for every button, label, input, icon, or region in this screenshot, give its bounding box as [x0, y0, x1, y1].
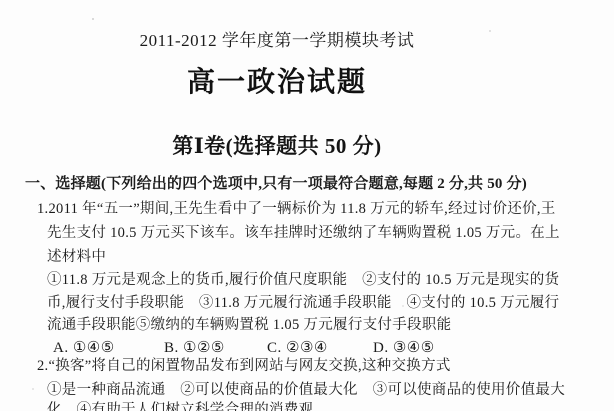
- question-1-line-1: 1.2011 年“五一”期间,王先生看中了一辆标价为 11.8 万元的轿车,经过…: [37, 202, 556, 217]
- question-1-line-2: 先生支付 10.5 万元买下该车。该车挂牌时还缴纳了车辆购置税 1.05 万元。…: [47, 226, 560, 241]
- question-1-statement-3: 流通手段职能⑤缴纳的车辆购置税 1.05 万元履行支付手段职能: [47, 318, 451, 333]
- option-b: B. ①②⑤: [164, 338, 225, 357]
- scan-speckle: [92, 18, 94, 20]
- exam-session-line: 2011-2012 学年度第一学期模块考试: [0, 32, 554, 49]
- option-c: C. ②③④: [267, 338, 328, 357]
- option-d: D. ③④⑤: [373, 338, 435, 357]
- question-2-line-1: 2.“换客”将自己的闲置物品发布到网站与网友交换,这种交换方式: [37, 359, 451, 374]
- section-heading: 第Ⅰ卷(选择题共 50 分): [0, 136, 554, 157]
- question-1-statement-1: ①11.8 万元是观念上的货币,履行价值尺度职能 ②支付的 10.5 万元是现实…: [47, 273, 559, 288]
- exam-paper-page: 2011-2012 学年度第一学期模块考试 高一政治试题 第Ⅰ卷(选择题共 50…: [0, 0, 614, 411]
- exam-title: 高一政治试题: [0, 69, 554, 97]
- question-2-statement-1: ①是一种商品流通 ②可以使商品的价值最大化 ③可以使商品的使用价值最大: [47, 383, 565, 398]
- section-instructions: 一、选择题(下列给出的四个选项中,只有一项最符合题意,每题 2 分,共 50 分…: [25, 177, 527, 192]
- question-2-statement-2-clipped: 化 ④有助于人们树立科学合理的消费观: [47, 403, 313, 411]
- question-1-statement-2: 币,履行支付手段职能 ③11.8 万元履行流通手段职能 ④支付的 10.5 万元…: [47, 296, 559, 311]
- question-1-line-3: 述材料中: [47, 250, 106, 265]
- question-1-options-row: A. ①④⑤ B. ①②⑤ C. ②③④ D. ③④⑤: [0, 338, 614, 356]
- option-a: A. ①④⑤: [53, 338, 115, 357]
